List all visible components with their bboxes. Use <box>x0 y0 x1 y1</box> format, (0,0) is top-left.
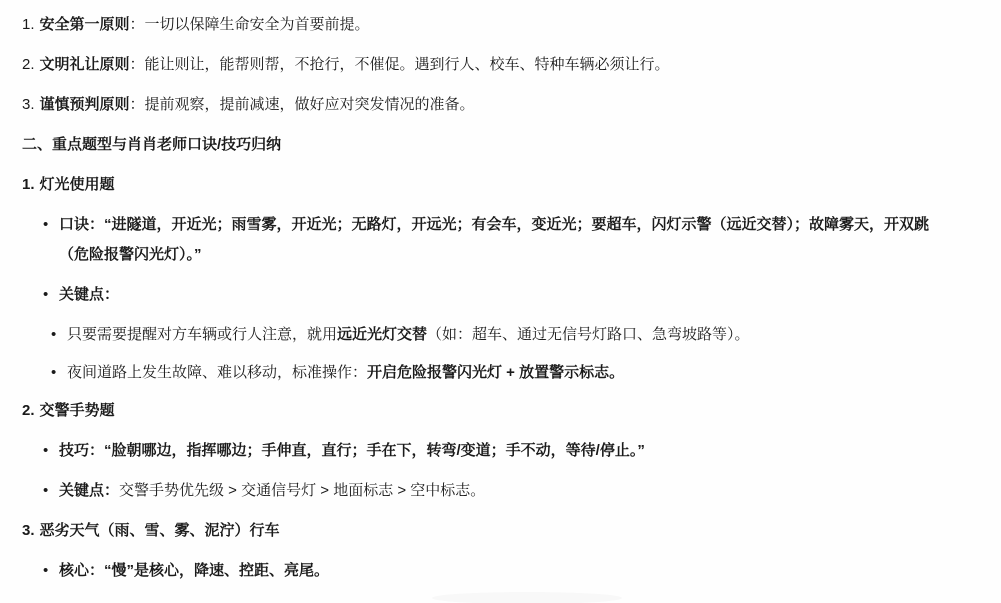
item-number: 2. <box>22 56 35 73</box>
keypoint-text: 交警手势优先级 > 交通信号灯 > 地面标志 > 空中标志。 <box>119 482 485 499</box>
bullet-icon: • <box>43 280 59 310</box>
keypoint-sub-item-2: •夜间道路上发生故障、难以移动，标准操作：开启危险报警闪光灯 + 放置警示标志。 <box>22 358 989 388</box>
topic-number: 2. <box>22 402 35 419</box>
topic2-heading: 2.交警手势题 <box>22 396 989 426</box>
topic1-heading: 1.灯光使用题 <box>22 170 989 200</box>
keypoint-text: 只要需要提醒对方车辆或行人注意，就用 <box>67 326 337 343</box>
principle-title: 文明礼让原则 <box>40 56 130 73</box>
core-label: 核心： <box>59 562 104 579</box>
topic-number: 1. <box>22 176 35 193</box>
bullet-icon: • <box>43 210 59 240</box>
koujue-label: 口诀： <box>59 216 104 233</box>
keypoint-sub-item-1: •只要需要提醒对方车辆或行人注意，就用远近光灯交替（如：超车、通过无信号灯路口、… <box>22 320 989 350</box>
artifact-smudge <box>432 592 622 603</box>
core-item: •核心：“慢”是核心，降速、控距、亮尾。 <box>22 556 989 586</box>
item-number: 1. <box>22 16 35 33</box>
item-number: 3. <box>22 96 35 113</box>
keypoint-text: （如：超车、通过无信号灯路口、急弯坡路等）。 <box>427 326 750 343</box>
keypoints-label: 关键点： <box>59 286 119 303</box>
bullet-icon: • <box>43 476 59 506</box>
document-body: 1.安全第一原则：一切以保障生命安全为首要前提。 2.文明礼让原则：能让则让，能… <box>0 0 1001 586</box>
bullet-icon: • <box>51 358 67 388</box>
bullet-icon: • <box>51 320 67 350</box>
keypoint-text-bold: 远近光灯交替 <box>337 326 427 343</box>
principle-item-3: 3.谨慎预判原则：提前观察，提前减速，做好应对突发情况的准备。 <box>22 90 989 120</box>
keypoint-text-bold: 开启危险报警闪光灯 + 放置警示标志。 <box>367 364 624 381</box>
keypoint-item-2: •关键点：交警手势优先级 > 交通信号灯 > 地面标志 > 空中标志。 <box>22 476 989 506</box>
principle-item-2: 2.文明礼让原则：能让则让，能帮则帮，不抢行，不催促。遇到行人、校车、特种车辆必… <box>22 50 989 80</box>
principle-text: ：一切以保障生命安全为首要前提。 <box>130 16 370 33</box>
principle-item-1: 1.安全第一原则：一切以保障生命安全为首要前提。 <box>22 10 989 40</box>
principle-title: 安全第一原则 <box>40 16 130 33</box>
topic-title: 恶劣天气（雨、雪、雾、泥泞）行车 <box>40 522 280 539</box>
jiqiao-item: •技巧：“脸朝哪边，指挥哪边；手伸直，直行；手在下，转弯/变道；手不动，等待/停… <box>22 436 989 466</box>
topic-number: 3. <box>22 522 35 539</box>
bullet-icon: • <box>43 556 59 586</box>
keypoints-item: •关键点： <box>22 280 989 310</box>
topic3-heading: 3.恶劣天气（雨、雪、雾、泥泞）行车 <box>22 516 989 546</box>
koujue-item: •口诀：“进隧道，开近光；雨雪雾，开近光；无路灯，开远光；有会车，变近光；要超车… <box>22 210 989 270</box>
jiqiao-text: “脸朝哪边，指挥哪边；手伸直，直行；手在下，转弯/变道；手不动，等待/停止。” <box>104 442 645 459</box>
jiqiao-label: 技巧： <box>59 442 104 459</box>
principle-text: ：提前观察，提前减速，做好应对突发情况的准备。 <box>130 96 475 113</box>
topic-title: 灯光使用题 <box>40 176 115 193</box>
principle-text: ：能让则让，能帮则帮，不抢行，不催促。遇到行人、校车、特种车辆必须让行。 <box>130 56 670 73</box>
principle-title: 谨慎预判原则 <box>40 96 130 113</box>
koujue-text-line1: “进隧道，开近光；雨雪雾，开近光；无路灯，开远光；有会车，变近光；要超车，闪灯示… <box>104 216 929 233</box>
koujue-text-line2: （危险报警闪光灯）。” <box>59 246 202 263</box>
core-text: “慢”是核心，降速、控距、亮尾。 <box>104 562 329 579</box>
bullet-icon: • <box>43 436 59 466</box>
keypoint-label: 关键点： <box>59 482 119 499</box>
keypoint-text: 夜间道路上发生故障、难以移动，标准操作： <box>67 364 367 381</box>
section-heading: 二、重点题型与肖肖老师口诀/技巧归纳 <box>22 130 989 160</box>
topic-title: 交警手势题 <box>40 402 115 419</box>
